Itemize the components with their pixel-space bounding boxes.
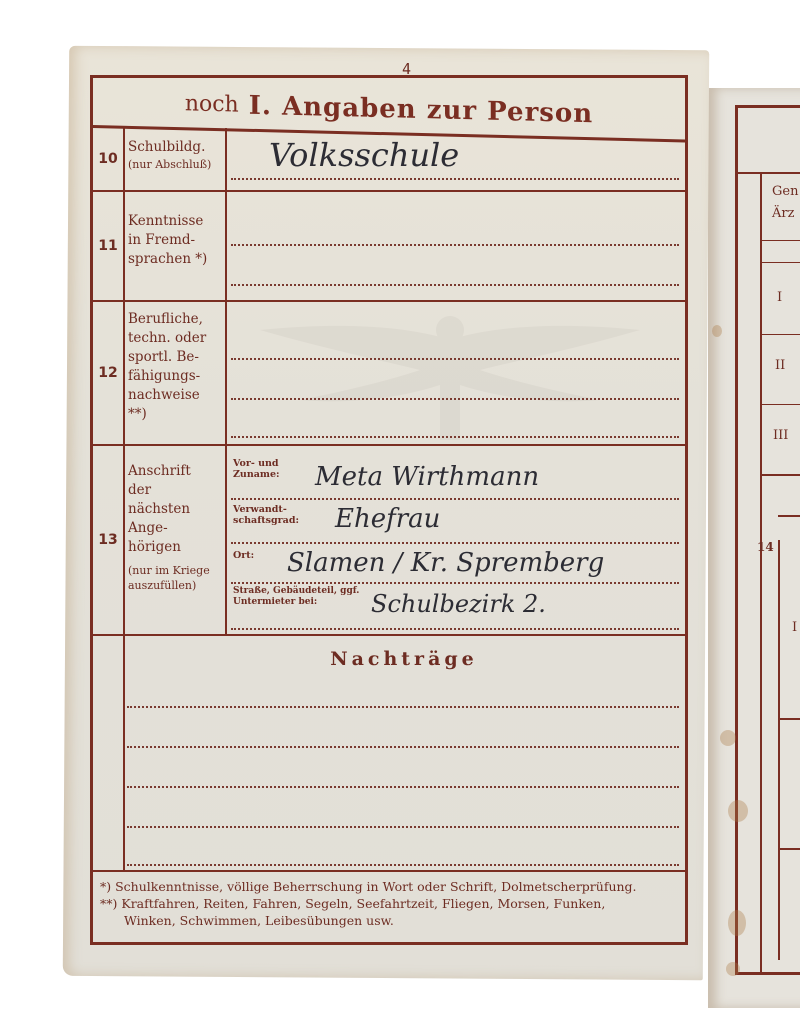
right-page-header-line [738,172,800,174]
dotted-line [231,582,679,584]
footnotes: *) Schulkenntnisse, völlige Beherrschung… [100,878,680,929]
stain [728,800,748,822]
handwritten-place[interactable]: Slamen / Kr. Spremberg [287,548,604,578]
row-10-schulbildung: 10 Schulbildg. (nur Abschluß) Volksschul… [93,128,685,192]
handwritten-street[interactable]: Schulbezirk 2. [371,590,546,618]
header-title: I. Angaben zur Person [249,90,593,128]
label-text: Schulbildg. [128,138,220,157]
dotted-line [127,826,679,828]
nachtraege-section: Nachträge [93,636,685,872]
label-subtext: (nur im Kriege auszufüllen) [128,563,220,593]
stain [712,325,722,337]
header-prefix: noch [185,91,239,117]
right-page-header-fragment-2: Ärz [772,206,794,221]
dotted-line [231,358,679,360]
label-text: Kenntnisse in Fremd-sprachen *) [128,212,218,269]
label-text: Anschrift der nächsten Ange-hörigen [128,462,214,557]
label-text: Berufliche, techn. oder sportl. Be-fähig… [128,310,220,424]
right-page-numeral-2: II [775,358,785,373]
row-11-fremdsprachen: 11 Kenntnisse in Fremd-sprachen *) [93,192,685,302]
right-page-header-fragment-1: Gen [772,184,798,199]
stain [726,962,740,976]
right-page-grid-line [778,540,780,960]
row-number: 11 [93,192,125,300]
stain [720,730,736,746]
dotted-line [231,542,679,544]
right-page-col-line [760,174,762,974]
row-13-angehoerige: 13 Anschrift der nächsten Ange-hörigen (… [93,446,685,636]
field-label-relationship: Verwandt-schaftsgrad: [233,504,303,526]
footnote-1: *) Schulkenntnisse, völlige Beherrschung… [100,878,680,895]
dotted-line [127,706,679,708]
field-label-name: Vor- und Zuname: [233,458,293,480]
nachtraege-title: Nachträge [123,648,685,670]
row-number: 13 [93,446,125,634]
right-page-grid-line [762,334,800,335]
right-page-grid-line [762,404,800,405]
right-page-grid-line [762,474,800,476]
nachtraege-body[interactable]: Nachträge [123,636,685,870]
right-page-grid-line [780,718,800,720]
right-page-row-number: 14 [757,540,774,554]
dotted-line [231,498,679,500]
right-page-grid-line [762,262,800,263]
dotted-line [231,628,679,630]
row-label: Berufliche, techn. oder sportl. Be-fähig… [123,302,227,444]
handwritten-relationship[interactable]: Ehefrau [335,504,440,534]
footnote-2: **) Kraftfahren, Reiten, Fahren, Segeln,… [100,895,680,912]
right-page-numeral-1: I [777,290,782,305]
right-page-grid-line [762,240,800,241]
dotted-line [231,284,679,286]
row-number: 10 [93,128,125,190]
row-12-befaehigungsnachweise: 12 Berufliche, techn. oder sportl. Be-fä… [93,302,685,446]
handwritten-name[interactable]: Meta Wirthmann [315,462,539,492]
footnote-2-continued: Winken, Schwimmen, Leibesübungen usw. [100,912,680,929]
label-subtext: (nur Abschluß) [128,157,220,172]
row-value-field[interactable] [227,302,685,444]
right-page-lower-numeral: I [792,620,797,635]
dotted-line [231,178,679,180]
dotted-line [231,244,679,246]
row-label: Kenntnisse in Fremd-sprachen *) [123,192,227,300]
dotted-line [231,436,679,438]
row-value-fields: Vor- und Zuname: Meta Wirthmann Verwandt… [227,446,685,634]
row-label: Anschrift der nächsten Ange-hörigen (nur… [123,446,227,634]
right-page-grid-line [780,848,800,850]
dotted-line [127,864,679,866]
dotted-line [127,786,679,788]
dotted-line [127,746,679,748]
field-label-place: Ort: [233,550,254,561]
row-value-field[interactable] [227,192,685,300]
dotted-line [231,398,679,400]
nachtraege-left-margin [93,636,125,870]
right-page-numeral-3: III [773,428,788,443]
row-value-field[interactable]: Volksschule [227,128,685,190]
field-label-street: Straße, Gebäudeteil, ggf. Untermieter be… [233,586,373,608]
row-number: 12 [93,302,125,444]
handwritten-value: Volksschule [269,136,459,174]
row-label: Schulbildg. (nur Abschluß) [123,128,227,190]
right-page-grid-line [778,515,800,517]
stain [728,910,746,936]
